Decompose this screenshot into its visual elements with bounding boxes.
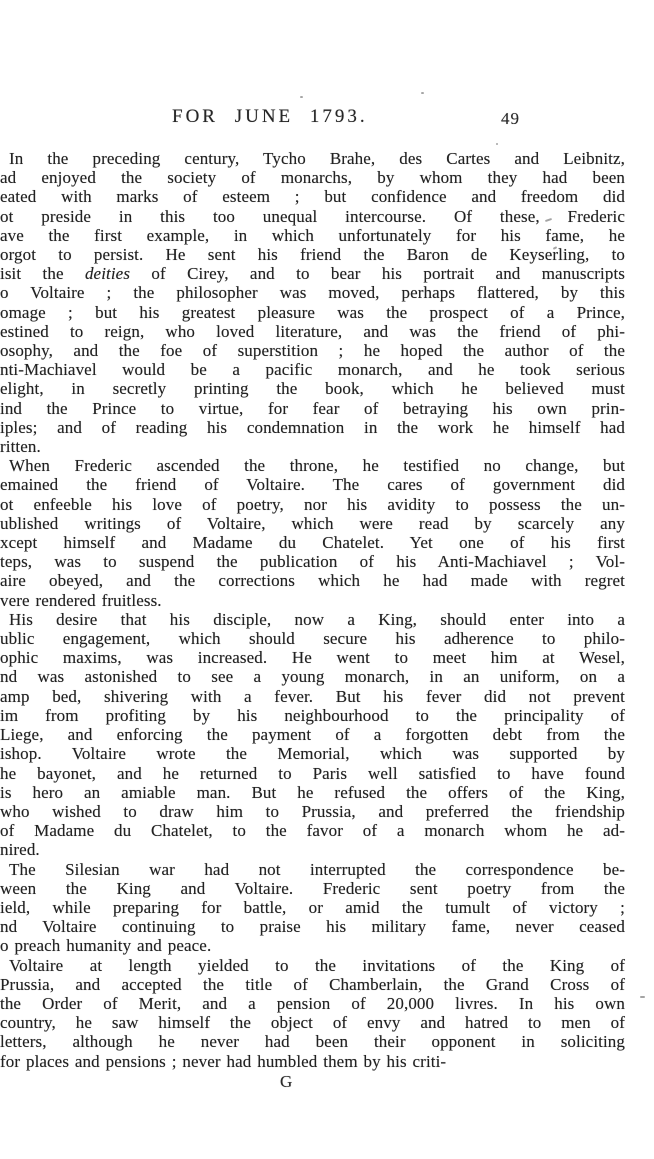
running-title: FOR JUNE 1793.	[172, 106, 368, 128]
text-line: ad enjoyed the society of monarchs, by w…	[0, 168, 625, 187]
scan-speck	[640, 996, 645, 998]
text-line: o preach humanity and peace.	[0, 936, 625, 955]
text-line: ween the King and Voltaire. Frederic sen…	[0, 879, 625, 898]
text-line: osophy, and the foe of superstition ; he…	[0, 341, 625, 360]
text-line: ot preside in this too unequal intercour…	[0, 207, 625, 226]
text-line: for places and pensions ; never had humb…	[0, 1052, 625, 1071]
text-line: In the preceding century, Tycho Brahe, d…	[0, 149, 625, 168]
text-line: the Order of Merit, and a pension of 20,…	[0, 994, 625, 1013]
page-header: FOR JUNE 1793. 49	[0, 106, 654, 136]
text-line: ave the first example, in which unfortun…	[0, 226, 625, 245]
text-line: Liege, and enforcing the payment of a fo…	[0, 725, 625, 744]
text-line: is hero an amiable man. But he refused t…	[0, 783, 625, 802]
text-line: The Silesian war had not interrupted the…	[0, 860, 625, 879]
text-line: ield, while preparing for battle, or ami…	[0, 898, 625, 917]
text-line: nti-Machiavel would be a pacific monarch…	[0, 360, 625, 379]
text-line: When Frederic ascended the throne, he te…	[0, 456, 625, 475]
text-line: omage ; but his greatest pleasure was th…	[0, 303, 625, 322]
text-line: isit the deities of Cirey, and to bear h…	[0, 264, 625, 283]
text-line: iples; and of reading his condemnation i…	[0, 418, 625, 437]
text-line: letters, although he never had been thei…	[0, 1032, 625, 1051]
text-line: nd Voltaire continuing to praise his mil…	[0, 917, 625, 936]
scanned-page: FOR JUNE 1793. 49 In the preceding centu…	[0, 0, 654, 1159]
page-number: 49	[501, 109, 520, 129]
text-line: elight, in secretly printing the book, w…	[0, 379, 625, 398]
text-line: eated with marks of esteem ; but confide…	[0, 187, 625, 206]
text-line: amp bed, shivering with a fever. But his…	[0, 687, 625, 706]
scan-speck	[421, 92, 424, 94]
text-line: ishop. Voltaire wrote the Memorial, whic…	[0, 744, 625, 763]
text-line: orgot to persist. He sent his friend the…	[0, 245, 625, 264]
text-line: ophic maxims, was increased. He went to …	[0, 648, 625, 667]
text-line: nired.	[0, 840, 625, 859]
text-line: he bayonet, and he returned to Paris wel…	[0, 764, 625, 783]
scan-speck	[496, 143, 498, 145]
text-line: ot enfeeble his love of poetry, nor his …	[0, 495, 625, 514]
text-line: nd was astonished to see a young monarch…	[0, 667, 625, 686]
text-line: emained the friend of Voltaire. The care…	[0, 475, 625, 494]
text-line: ublished writings of Voltaire, which wer…	[0, 514, 625, 533]
text-line: who wished to draw him to Prussia, and p…	[0, 802, 625, 821]
text-line: of Madame du Chatelet, to the favor of a…	[0, 821, 625, 840]
catchword: G	[280, 1072, 292, 1092]
text-line: aire obeyed, and the corrections which h…	[0, 571, 625, 590]
text-line: ritten.	[0, 437, 625, 456]
text-line: xcept himself and Madame du Chatelet. Ye…	[0, 533, 625, 552]
text-line: country, he saw himself the object of en…	[0, 1013, 625, 1032]
text-line: im from profiting by his neighbourhood t…	[0, 706, 625, 725]
text-line: ublic engagement, which should secure hi…	[0, 629, 625, 648]
scan-speck	[300, 96, 303, 98]
page-body: In the preceding century, Tycho Brahe, d…	[0, 149, 625, 1071]
text-line: ind the Prince to virtue, for fear of be…	[0, 399, 625, 418]
text-line: o Voltaire ; the philosopher was moved, …	[0, 283, 625, 302]
text-line: Prussia, and accepted the title of Chamb…	[0, 975, 625, 994]
text-line: estined to reign, who loved literature, …	[0, 322, 625, 341]
text-line: vere rendered fruitless.	[0, 591, 625, 610]
text-line: Voltaire at length yielded to the invita…	[0, 956, 625, 975]
text-line: teps, was to suspend the publication of …	[0, 552, 625, 571]
text-line: His desire that his disciple, now a King…	[0, 610, 625, 629]
